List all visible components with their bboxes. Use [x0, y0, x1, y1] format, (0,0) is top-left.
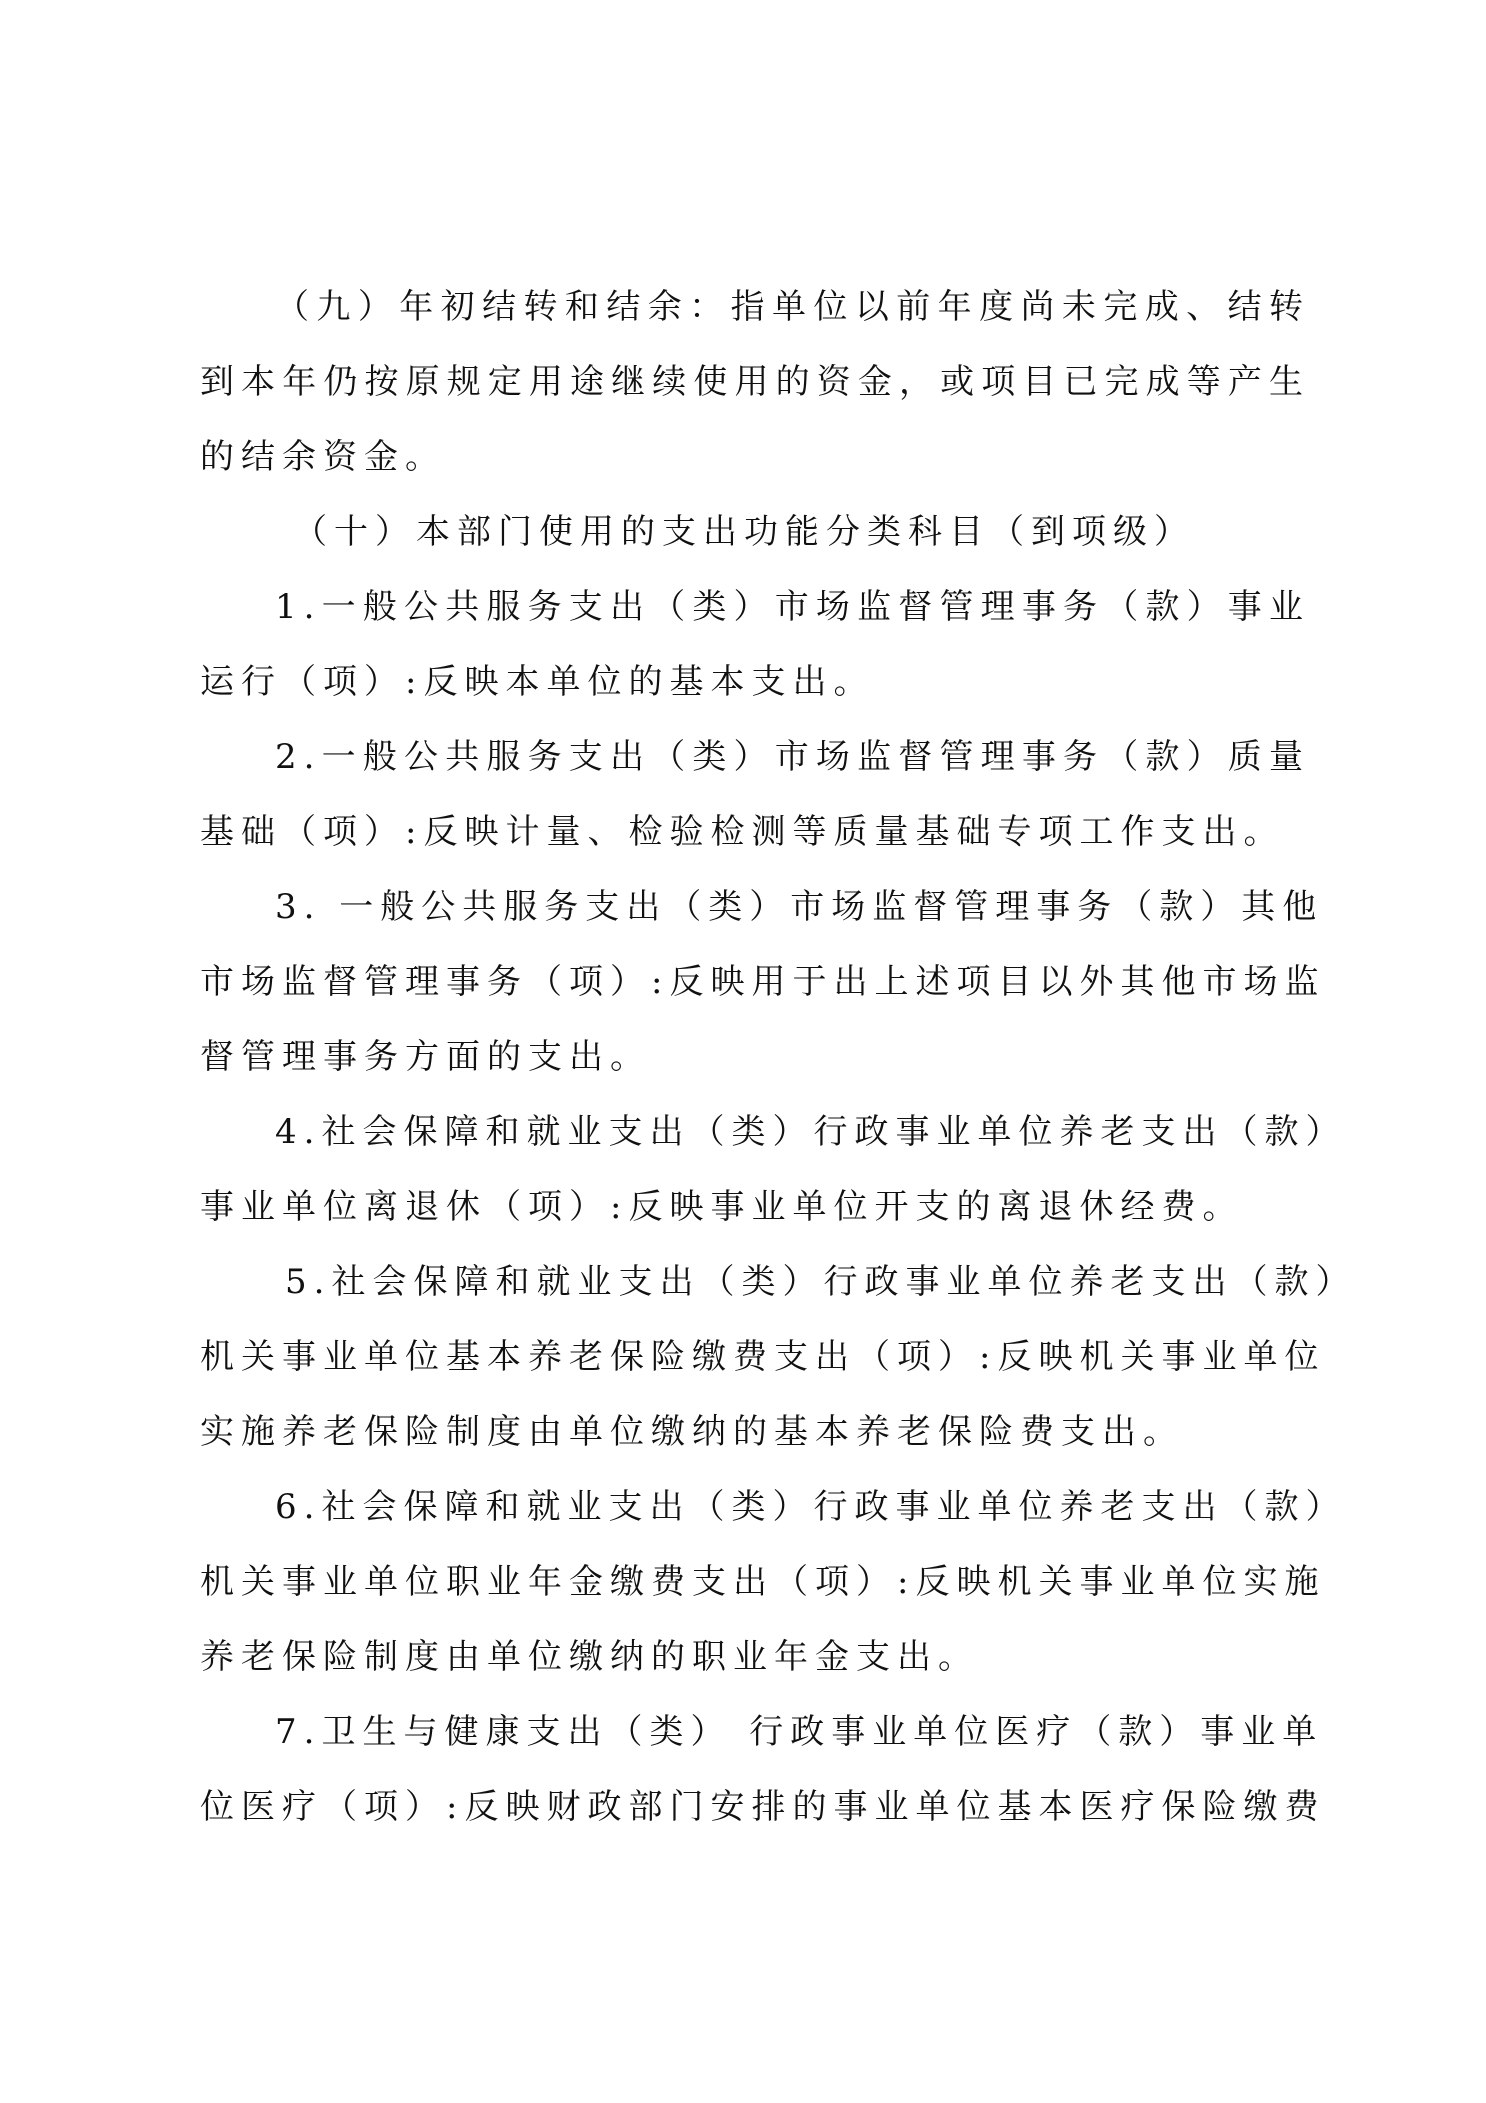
item-6-line-1: 6.社会保障和就业支出（类）行政事业单位养老支出（款）: [275, 1470, 1310, 1545]
item-5-line-3: 实施养老保险制度由单位缴纳的基本养老保险费支出。: [200, 1395, 1310, 1470]
item-5-line-1: 5.社会保障和就业支出（类）行政事业单位养老支出（款）: [285, 1245, 1310, 1320]
item-6-line-3: 养老保险制度由单位缴纳的职业年金支出。: [200, 1620, 1310, 1695]
paragraph-9-line-1: （九）年初结转和结余：指单位以前年度尚未完成、结转: [275, 270, 1310, 345]
item-3-line-1: 3. 一般公共服务支出（类）市场监督管理事务（款）其他: [275, 870, 1310, 945]
item-5-line-2: 机关事业单位基本养老保险缴费支出（项）:反映机关事业单位: [200, 1320, 1310, 1395]
paragraph-9-line-3: 的结余资金。: [200, 420, 1310, 495]
item-2-line-1: 2.一般公共服务支出（类）市场监督管理事务（款）质量: [275, 720, 1310, 795]
item-4-line-1: 4.社会保障和就业支出（类）行政事业单位养老支出（款）: [275, 1095, 1310, 1170]
document-page: （九）年初结转和结余：指单位以前年度尚未完成、结转 到本年仍按原规定用途继续使用…: [0, 0, 1486, 2103]
item-1-line-2: 运行（项）:反映本单位的基本支出。: [200, 645, 1310, 720]
item-6-line-2: 机关事业单位职业年金缴费支出（项）:反映机关事业单位实施: [200, 1545, 1310, 1620]
paragraph-9-line-2: 到本年仍按原规定用途继续使用的资金，或项目已完成等产生: [200, 345, 1310, 420]
item-7-line-2: 位医疗（项）:反映财政部门安排的事业单位基本医疗保险缴费: [200, 1770, 1310, 1845]
item-7-line-1: 7.卫生与健康支出（类） 行政事业单位医疗（款）事业单: [275, 1695, 1310, 1770]
item-2-line-2: 基础（项）:反映计量、检验检测等质量基础专项工作支出。: [200, 795, 1310, 870]
item-4-line-2: 事业单位离退休（项）:反映事业单位开支的离退休经费。: [200, 1170, 1310, 1245]
section-10-heading: （十）本部门使用的支出功能分类科目（到项级）: [293, 495, 1153, 570]
item-3-line-3: 督管理事务方面的支出。: [200, 1020, 1310, 1095]
item-3-line-2: 市场监督管理事务（项）:反映用于出上述项目以外其他市场监: [200, 945, 1310, 1020]
item-1-line-1: 1.一般公共服务支出（类）市场监督管理事务（款）事业: [275, 570, 1310, 645]
